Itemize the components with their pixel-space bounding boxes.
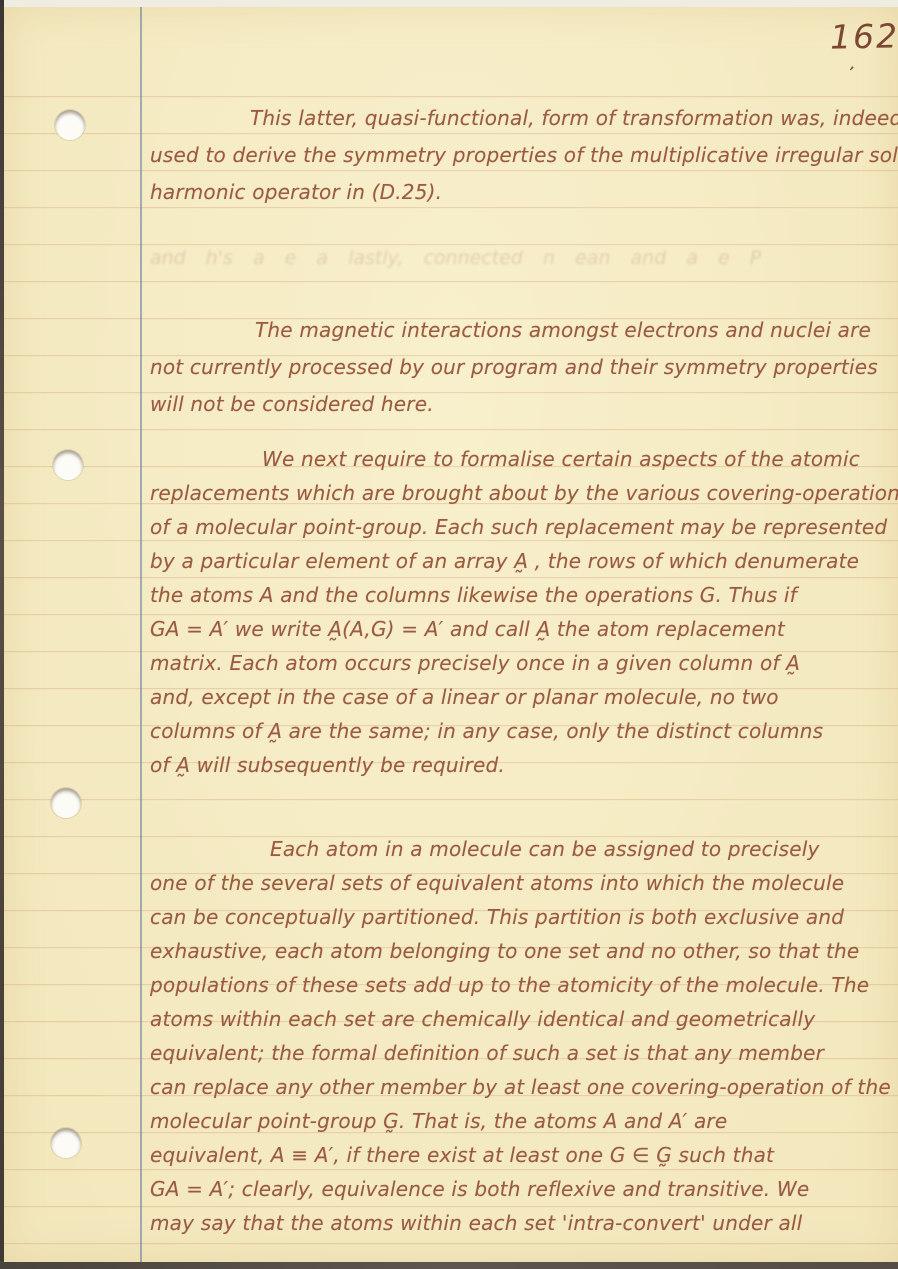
margin-line bbox=[140, 7, 142, 1262]
handwritten-line: equivalent, A ≡ A′, if there exist at le… bbox=[150, 1138, 898, 1172]
handwritten-line: GA = A′; clearly, equivalence is both re… bbox=[150, 1172, 898, 1206]
handwritten-line: used to derive the symmetry properties o… bbox=[150, 137, 898, 174]
handwritten-line: the atoms A and the columns likewise the… bbox=[150, 578, 898, 612]
paper-bottom-edge bbox=[0, 1261, 898, 1269]
handwritten-line: harmonic operator in (D.25). bbox=[150, 174, 898, 211]
handwritten-line: of a molecular point-group. Each such re… bbox=[150, 510, 898, 544]
handwritten-line: equivalent; the formal definition of suc… bbox=[150, 1036, 898, 1070]
punch-hole bbox=[51, 1128, 81, 1158]
punch-hole bbox=[53, 450, 83, 480]
paragraph: Each atom in a molecule can be assigned … bbox=[150, 832, 898, 1240]
punch-hole bbox=[55, 110, 85, 140]
scanned-page: 162 ’ This latter, quasi-functional, for… bbox=[0, 0, 898, 1269]
handwritten-line: exhaustive, each atom belonging to one s… bbox=[150, 934, 898, 968]
notebook-paper: 162 ’ This latter, quasi-functional, for… bbox=[4, 7, 898, 1262]
punch-hole bbox=[51, 788, 81, 818]
handwritten-line: can be conceptually partitioned. This pa… bbox=[150, 900, 898, 934]
handwritten-line: one of the several sets of equivalent at… bbox=[150, 866, 898, 900]
handwritten-line: and, except in the case of a linear or p… bbox=[150, 680, 898, 714]
handwritten-line: not currently processed by our program a… bbox=[150, 349, 898, 386]
handwritten-line: This latter, quasi-functional, form of t… bbox=[150, 100, 898, 137]
handwritten-line: replacements which are brought about by … bbox=[150, 476, 898, 510]
handwritten-line: can replace any other member by at least… bbox=[150, 1070, 898, 1104]
handwritten-line: matrix. Each atom occurs precisely once … bbox=[150, 646, 898, 680]
handwritten-line: populations of these sets add up to the … bbox=[150, 968, 898, 1002]
handwritten-line: of A̰ will subsequently be required. bbox=[150, 748, 898, 782]
handwritten-line: will not be considered here. bbox=[150, 386, 898, 423]
handwritten-line: columns of A̰ are the same; in any case,… bbox=[150, 714, 898, 748]
erased-text-remnant: and h's a e a lastly, connected n ean an… bbox=[150, 240, 890, 277]
handwritten-line: The magnetic interactions amongst electr… bbox=[150, 312, 898, 349]
stray-ink-mark: ’ bbox=[844, 63, 857, 85]
paragraph: We next require to formalise certain asp… bbox=[150, 442, 898, 782]
handwritten-line: We next require to formalise certain asp… bbox=[150, 442, 898, 476]
handwritten-line: Each atom in a molecule can be assigned … bbox=[150, 832, 898, 866]
handwritten-line: by a particular element of an array A̰ ,… bbox=[150, 544, 898, 578]
handwritten-line: GA = A′ we write A̰(A,G) = A′ and call A… bbox=[150, 612, 898, 646]
paragraph: This latter, quasi-functional, form of t… bbox=[150, 100, 898, 211]
paragraph: The magnetic interactions amongst electr… bbox=[150, 312, 898, 423]
handwritten-line: atoms within each set are chemically ide… bbox=[150, 1002, 898, 1036]
page-number: 162 bbox=[830, 16, 898, 56]
handwritten-line: may say that the atoms within each set '… bbox=[150, 1206, 898, 1240]
handwritten-line: molecular point-group G̰. That is, the a… bbox=[150, 1104, 898, 1138]
